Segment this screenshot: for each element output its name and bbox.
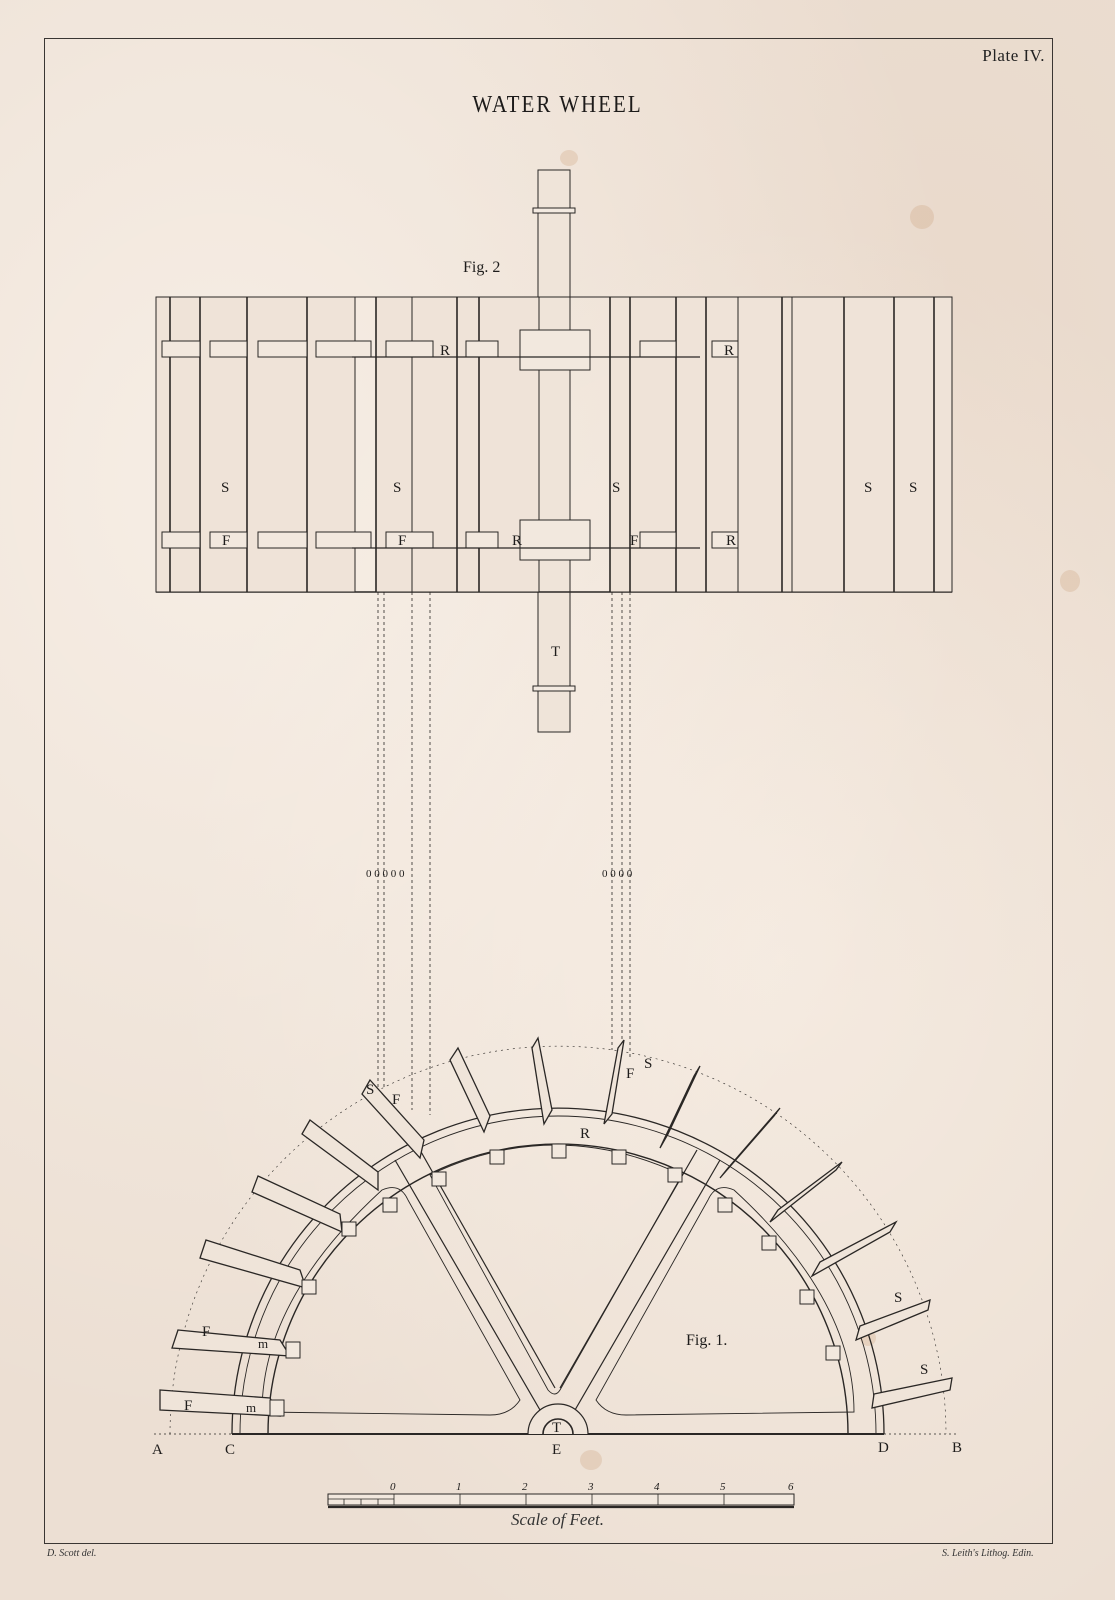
credit-draftsman: D. Scott del. [47,1548,96,1559]
engineering-drawing: Fig. 2 R R R R S S S S S F F F T 0 0 0 0… [0,0,1115,1600]
scale-tick-4: 4 [654,1481,660,1493]
label-mortise: m [246,1400,256,1415]
label-float: F [202,1324,210,1340]
scale-tick-3: 3 [587,1481,594,1493]
label-ring: R [440,343,450,359]
label-shaft: T [551,644,560,660]
point-e: E [552,1442,561,1458]
point-c: C [225,1442,235,1458]
point-a: A [152,1442,163,1458]
label-float: F [392,1092,400,1108]
label-ring: R [724,343,734,359]
fig1-elevation-view [154,1038,958,1434]
hole-markers-left: 0 0 0 0 0 [366,868,405,880]
label-shroud: S [920,1362,928,1378]
scale-bar [328,1494,794,1507]
label-float: F [630,533,638,549]
label-float: F [184,1398,192,1414]
scale-tick-5: 5 [720,1481,726,1493]
label-shroud: S [644,1056,652,1072]
point-d: D [878,1440,889,1456]
label-mortise: m [258,1336,268,1351]
scale-caption: Scale of Feet. [0,1510,1115,1530]
fig2-label: Fig. 2 [463,259,500,276]
point-b: B [952,1440,962,1456]
scale-tick-6: 6 [788,1481,794,1493]
fig1-label: Fig. 1. [686,1332,727,1349]
label-shroud: S [221,480,229,496]
label-shroud: S [366,1082,374,1098]
label-float: F [398,533,406,549]
scale-tick-1: 1 [456,1481,462,1493]
label-shroud: S [393,480,401,496]
scale-tick-0: 0 [390,1481,396,1493]
label-float: F [626,1066,634,1082]
credit-lithographer: S. Leith's Lithog. Edin. [942,1548,1034,1559]
scale-tick-2: 2 [522,1481,528,1493]
label-shroud: S [864,480,872,496]
label-ring: R [726,533,736,549]
label-shroud: S [894,1290,902,1306]
label-axle: T [552,1420,561,1436]
label-shroud: S [612,480,620,496]
label-ring: R [580,1126,590,1142]
fig2-plan-view [156,170,952,1115]
label-shroud: S [909,480,917,496]
label-float: F [222,533,230,549]
hole-markers-right: 0 0 0 0 [602,868,633,880]
label-ring: R [512,533,522,549]
